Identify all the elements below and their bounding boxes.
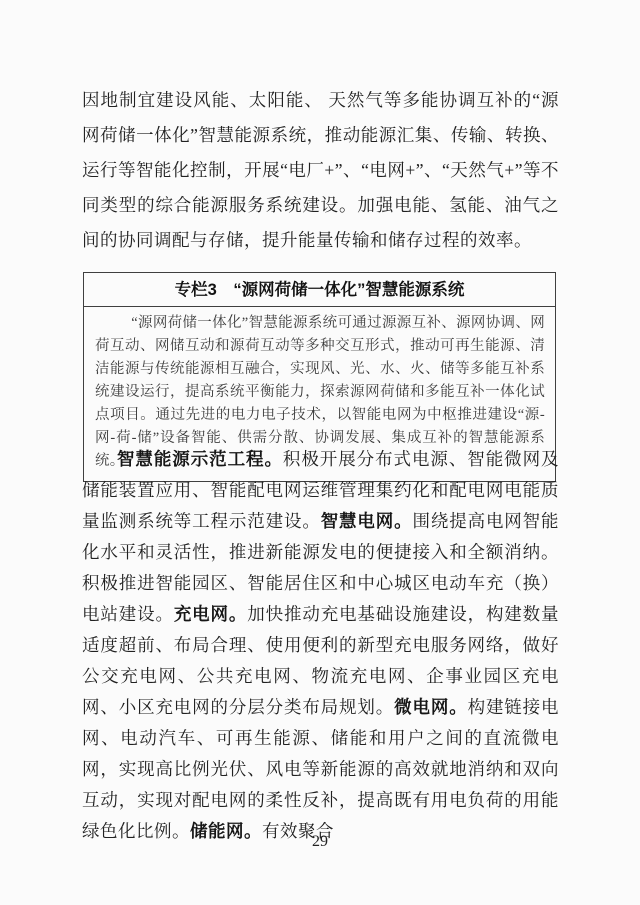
document-page: 因地制宜建设风能、太阳能、 天然气等多能协调互补的“源网荷储一体化”智慧能源系统…: [0, 0, 640, 905]
page-number: 29: [0, 831, 640, 853]
inline-heading-smart-grid: 智慧电网。: [321, 511, 413, 531]
body-paragraph-2: 智慧能源示范工程。积极开展分布式电源、智能微网及储能装置应用、智能配电网运维管理…: [82, 444, 559, 847]
inline-heading-microgrid: 微电网。: [394, 697, 467, 717]
body-paragraph-1: 因地制宜建设风能、太阳能、 天然气等多能协调互补的“源网荷储一体化”智慧能源系统…: [82, 83, 559, 258]
inline-heading-charging-network: 充电网。: [174, 604, 247, 624]
inline-heading-smart-energy-demo-project: 智慧能源示范工程。: [117, 449, 283, 469]
column-3-box-title: 专栏3 “源网荷储一体化”智慧能源系统: [84, 273, 555, 307]
body-text-run: 构建链接电网、电动汽车、可再生能源、储能和用户之间的直流微电网，实现高比例光伏、…: [82, 697, 559, 841]
